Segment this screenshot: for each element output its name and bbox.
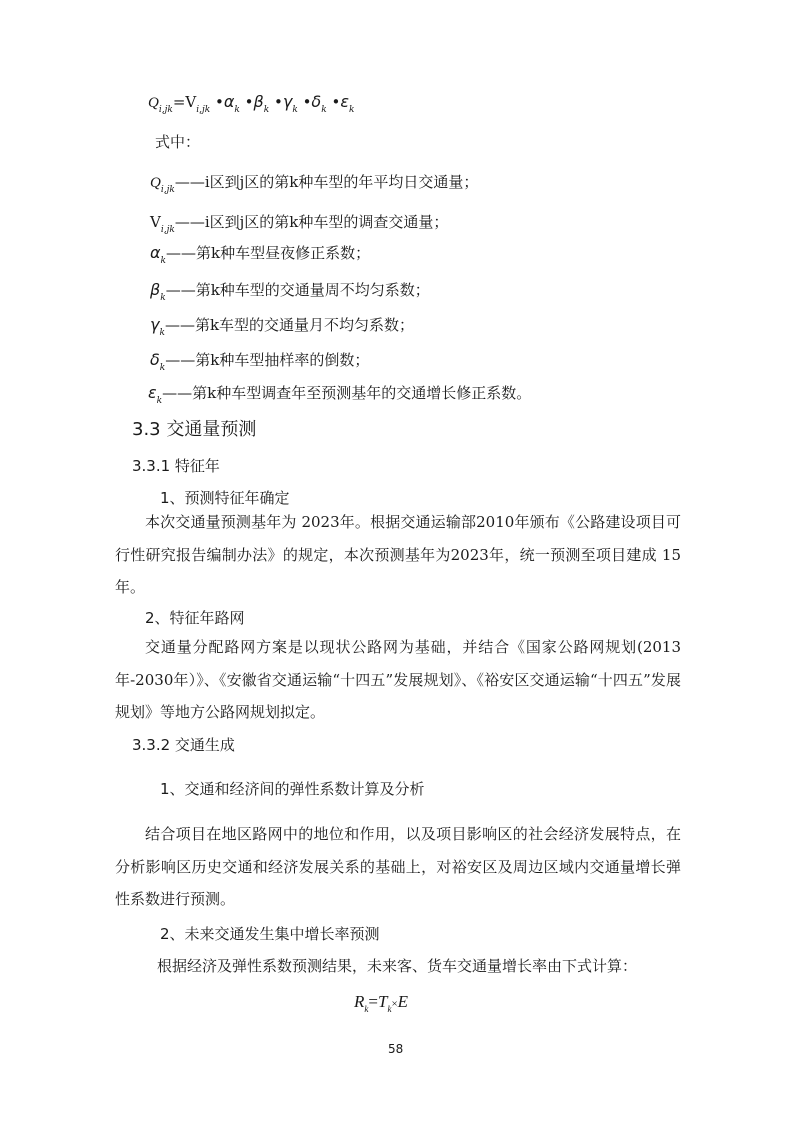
- item-heading-2: 2、特征年路网: [145, 608, 245, 628]
- gen-item-heading-2: 2、未来交通发生集中增长率预测: [160, 924, 380, 944]
- rate-formula: Rk=Tk×E: [354, 992, 408, 1019]
- definition-beta: βk——第k种车型的交通量周不均匀系数；: [150, 280, 430, 308]
- definition-epsilon: εk——第k种车型调查年至预测基年的交通增长修正系数。: [148, 383, 531, 411]
- item-heading-1: 1、预测特征年确定: [160, 488, 290, 508]
- gen-item-heading-1: 1、交通和经济间的弹性系数计算及分析: [160, 779, 425, 799]
- section-heading-3-3: 3.3 交通量预测: [132, 420, 256, 440]
- definition-delta: δk——第k种车型抽样率的倒数；: [150, 350, 369, 378]
- where-label: 式中：: [155, 132, 200, 152]
- paragraph-elasticity: 结合项目在地区路网中的地位和作用，以及项目影响区的社会经济发展特点，在分析影响区…: [115, 818, 681, 916]
- paragraph-base-year: 本次交通量预测基年为 2023年。根据交通运输部2010年颁布《公路建设项目可行…: [115, 506, 681, 604]
- paragraph-growth-rate: 根据经济及弹性系数预测结果，未来客、货车交通量增长率由下式计算：: [157, 956, 637, 976]
- definition-alpha: αk——第k种车型昼夜修正系数；: [150, 243, 370, 271]
- page-number: 58: [388, 1039, 403, 1059]
- definition-gamma: γk——第k车型的交通量月不均匀系数；: [150, 315, 414, 343]
- paragraph-road-network: 交通量分配路网方案是以现状公路网为基础，并结合《国家公路网规划(2013年-20…: [115, 631, 681, 729]
- main-formula: Qi,jk=Vi,jk •αk •βk •γk •δk •εk: [148, 92, 354, 120]
- section-heading-3-3-1: 3.3.1 特征年: [132, 456, 220, 476]
- section-heading-3-3-2: 3.3.2 交通生成: [132, 735, 235, 755]
- definition-q: Qi,jk——i区到j区的第k种车型的年平均日交通量；: [150, 172, 478, 200]
- definition-v: Vi,jk——i区到j区的第k种车型的调查交通量；: [150, 212, 448, 240]
